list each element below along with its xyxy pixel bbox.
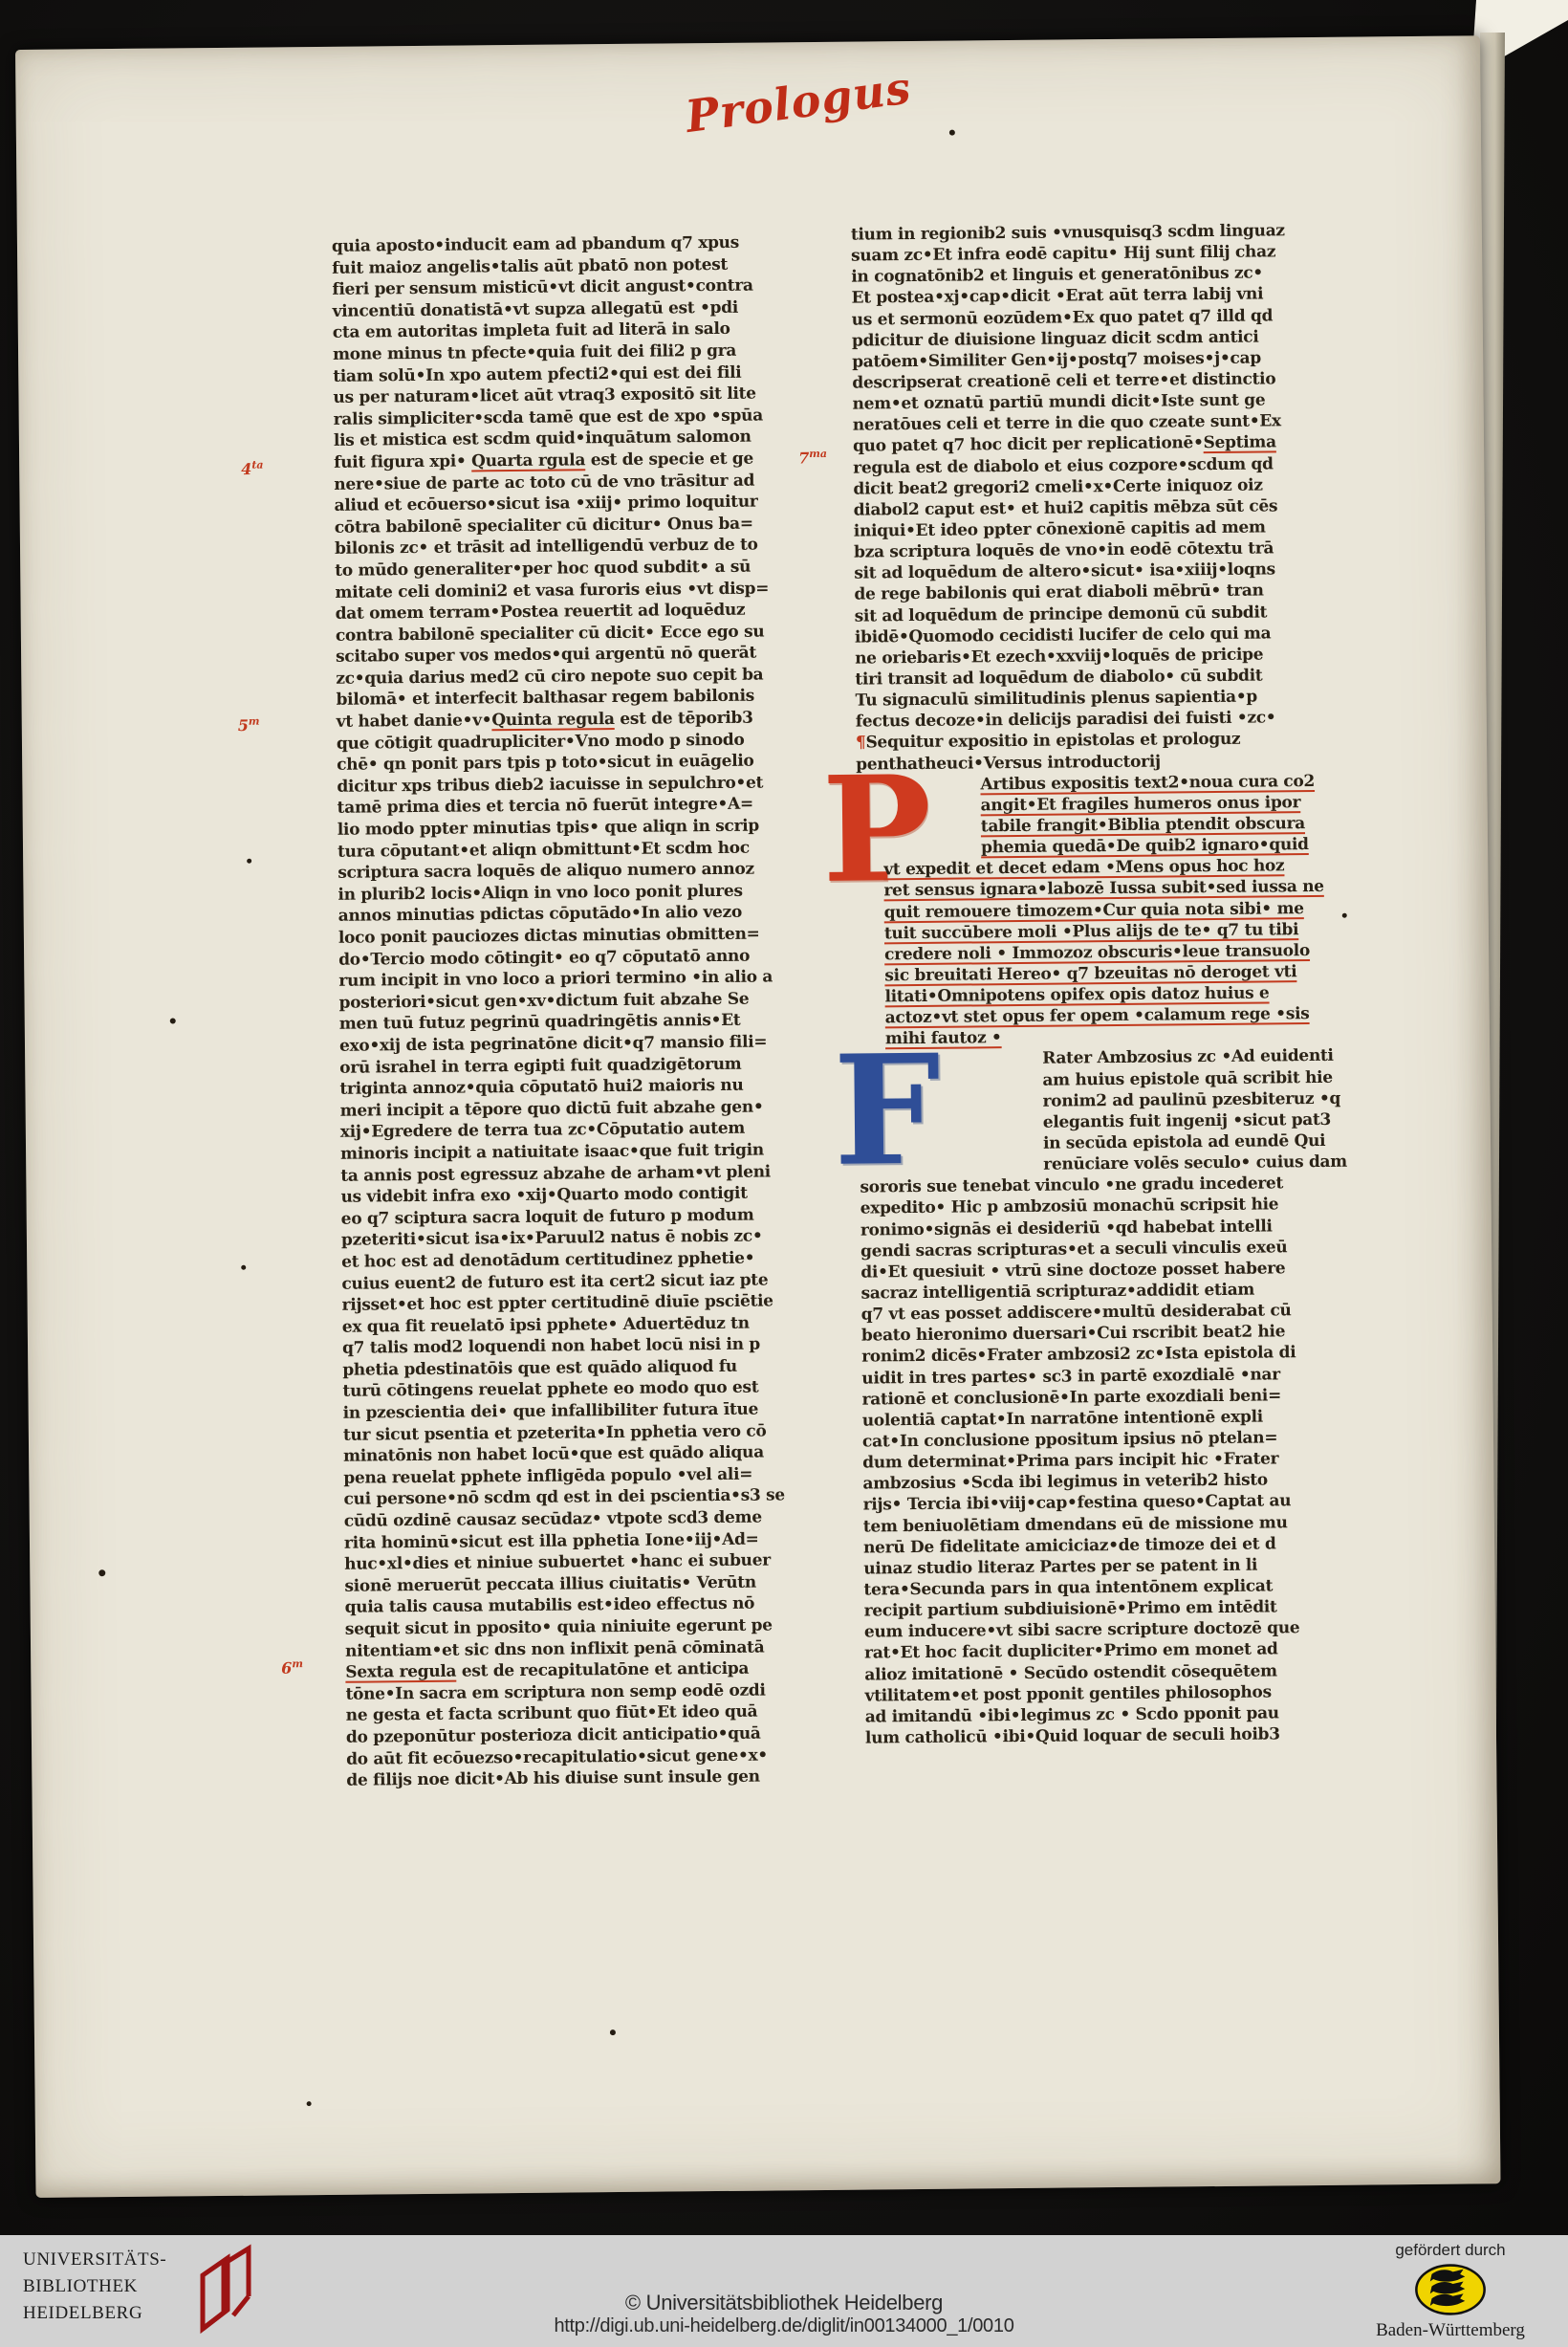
ink-spot bbox=[241, 1265, 246, 1270]
funding-region: Baden-Württemberg bbox=[1342, 2320, 1558, 2341]
rubricated-phrase: Quarta rgula bbox=[471, 450, 585, 471]
rubricated-phrase: Quinta regula bbox=[491, 710, 615, 730]
ink-spot bbox=[247, 859, 251, 864]
baden-wuerttemberg-crest-icon bbox=[1342, 2263, 1558, 2320]
ink-spot bbox=[98, 1569, 105, 1576]
text-line: lum catholicū •ibi•Quid loquar de seculi… bbox=[865, 1723, 1318, 1749]
source-url: http://digi.ub.uni-heidelberg.de/diglit/… bbox=[0, 2315, 1568, 2337]
library-name-line1: UNIVERSITÄTS- bbox=[23, 2247, 166, 2273]
margin-note: 7ma bbox=[798, 448, 827, 468]
margin-note: 5m bbox=[238, 715, 260, 735]
page-heading-prologus: Prologus bbox=[683, 62, 907, 143]
text-line: de filijs noe dicit•Ab his diuise sunt i… bbox=[346, 1766, 799, 1791]
funding-block: gefördert durch Baden-Württemberg bbox=[1342, 2241, 1558, 2341]
copyright-line: © Universitätsbibliothek Heidelberg bbox=[0, 2291, 1568, 2315]
margin-note: 4ta bbox=[241, 459, 264, 479]
ink-spot bbox=[1342, 913, 1347, 918]
rubricated-phrase: Septima bbox=[1204, 433, 1276, 453]
ink-spot bbox=[610, 2029, 616, 2035]
red-pilcrow-mark: ¶ bbox=[856, 734, 866, 753]
margin-note: 6m bbox=[281, 1657, 303, 1678]
footer-bar: UNIVERSITÄTS- BIBLIOTHEK HEIDELBERG © Un… bbox=[0, 2235, 1568, 2347]
right-text-column: tium in regionib2 suis •vnusquisq3 scdm … bbox=[851, 220, 1318, 1749]
attribution-block: © Universitätsbibliothek Heidelberg http… bbox=[0, 2291, 1568, 2337]
ink-spot bbox=[949, 130, 955, 136]
rubricated-phrase: Sexta regula bbox=[345, 1662, 456, 1682]
funding-label: gefördert durch bbox=[1342, 2241, 1558, 2260]
ink-spot bbox=[307, 2101, 312, 2106]
scan-viewport: Prologus P F quia aposto•inducit eam ad … bbox=[0, 0, 1568, 2347]
left-text-column: quia aposto•inducit eam ad pbandum q7 xp… bbox=[332, 231, 800, 1791]
ink-spot bbox=[170, 1018, 176, 1023]
manuscript-page: Prologus P F quia aposto•inducit eam ad … bbox=[15, 35, 1500, 2198]
